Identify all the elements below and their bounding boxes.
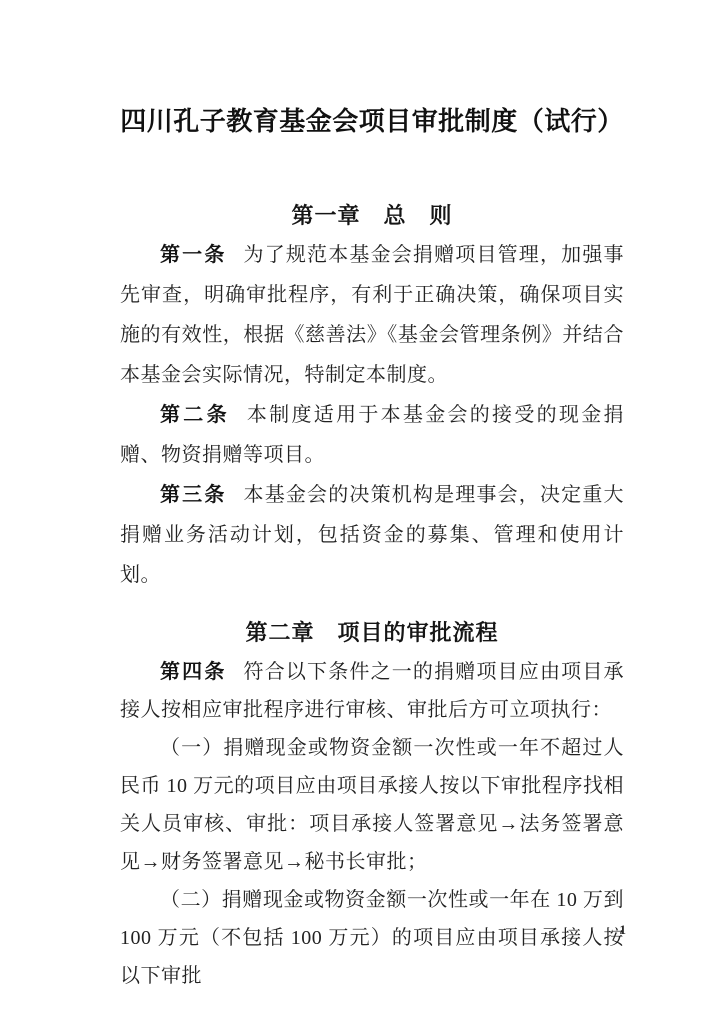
article-3-paragraph: 第三条本基金会的决策机构是理事会，决定重大捐赠业务活动计划，包括资金的募集、管理… xyxy=(120,475,624,595)
article-4-paragraph: 第四条符合以下条件之一的捐赠项目应由项目承接人按相应审批程序进行审核、审批后方可… xyxy=(120,653,624,729)
chapter-2-heading: 第二章 项目的审批流程 xyxy=(120,618,624,648)
article-1-paragraph: 第一条为了规范本基金会捐赠项目管理，加强事先审查，明确审批程序，有利于正确决策，… xyxy=(120,235,624,395)
chapter-general-rules: 第一章 总 则 第一条为了规范本基金会捐赠项目管理，加强事先审查，明确审批程序，… xyxy=(120,201,624,595)
article-4-item-2-text: （二）捐赠现金或物资金额一次性或一年在 10 万到 100 万元（不包括 100… xyxy=(120,889,624,987)
chapter-1-heading: 第一章 总 则 xyxy=(120,201,624,231)
article-4-label: 第四条 xyxy=(160,661,227,683)
document-title: 四川孔子教育基金会项目审批制度（试行） xyxy=(120,100,624,144)
article-2-label: 第二条 xyxy=(160,404,230,426)
article-3-label: 第三条 xyxy=(160,484,227,506)
article-1-label: 第一条 xyxy=(160,244,227,266)
chapter-approval-process: 第二章 项目的审批流程 第四条符合以下条件之一的捐赠项目应由项目承接人按相应审批… xyxy=(120,618,624,995)
article-2-paragraph: 第二条本制度适用于本基金会的接受的现金捐赠、物资捐赠等项目。 xyxy=(120,395,624,475)
article-4-item-1-text: （一）捐赠现金或物资金额一次性或一年不超过人民币 10 万元的项目应由项目承接人… xyxy=(120,737,624,873)
article-4-item-1-paragraph: （一）捐赠现金或物资金额一次性或一年不超过人民币 10 万元的项目应由项目承接人… xyxy=(120,729,624,881)
document-page: 四川孔子教育基金会项目审批制度（试行） 第一章 总 则 第一条为了规范本基金会捐… xyxy=(0,0,720,1018)
article-4-item-2-paragraph: （二）捐赠现金或物资金额一次性或一年在 10 万到 100 万元（不包括 100… xyxy=(120,881,624,995)
page-number: 1 xyxy=(620,922,627,938)
document-content: 四川孔子教育基金会项目审批制度（试行） 第一章 总 则 第一条为了规范本基金会捐… xyxy=(120,0,624,995)
